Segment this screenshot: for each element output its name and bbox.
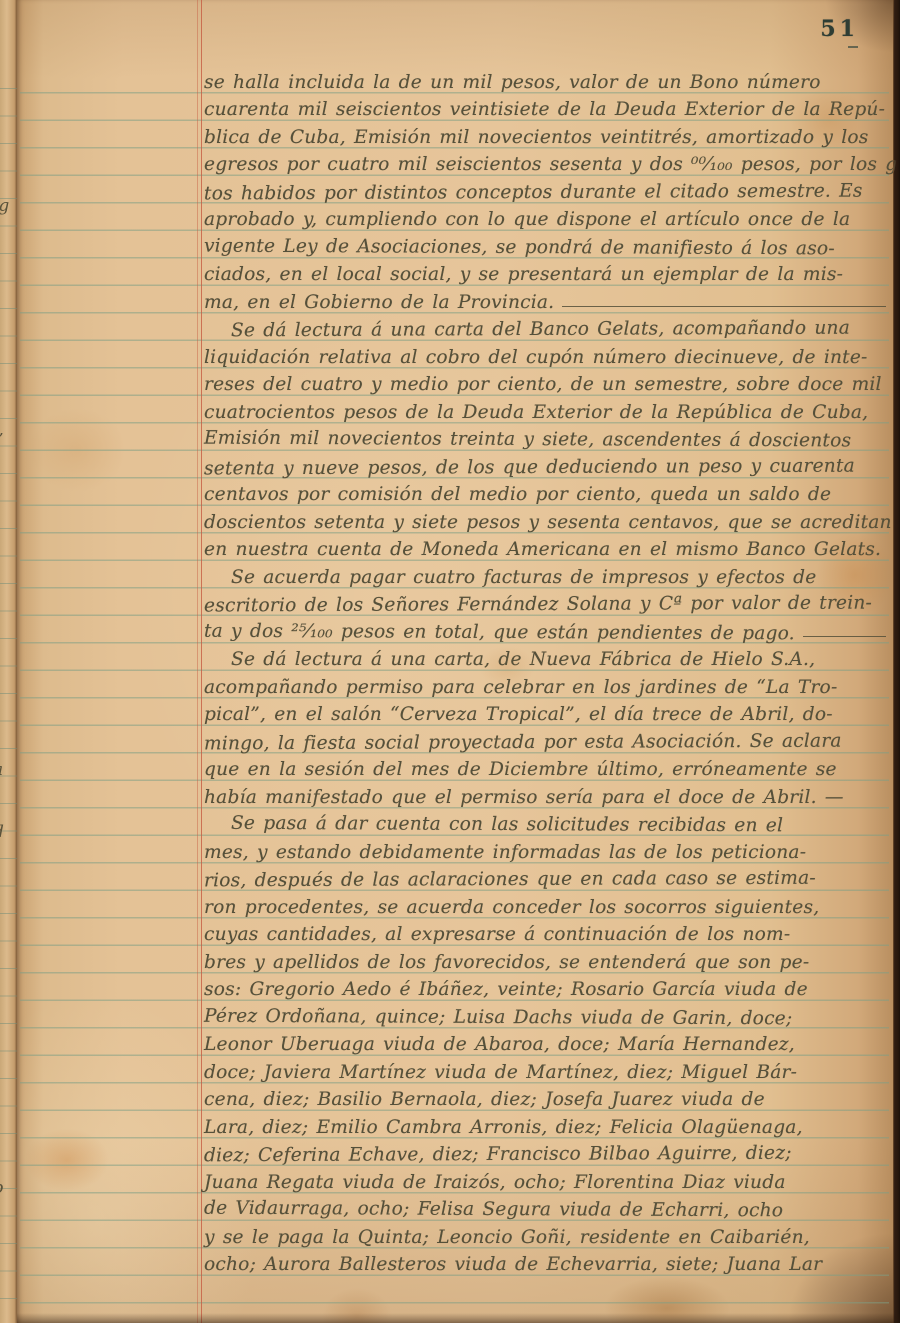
manuscript-line: Emisión mil novecientos treinta y siete,… bbox=[204, 423, 890, 451]
manuscript-line-text: Juana Regata viuda de Iraizós, ocho; Flo… bbox=[204, 1172, 786, 1193]
manuscript-line-text: Emisión mil novecientos treinta y siete,… bbox=[204, 428, 851, 452]
red-margin-line bbox=[201, 0, 202, 1323]
manuscript-line-text: Leonor Uberuaga viuda de Abaroa, doce; M… bbox=[204, 1034, 795, 1055]
manuscript-line-text: Se acuerda pagar cuatro facturas de impr… bbox=[204, 567, 816, 588]
manuscript-line: liquidación relativa al cobro del cupón … bbox=[204, 340, 890, 368]
manuscript-line: setenta y nueve pesos, de los que deduci… bbox=[204, 450, 890, 478]
manuscript-line: diez; Ceferina Echave, diez; Francisco B… bbox=[204, 1138, 890, 1166]
fill-rule bbox=[562, 306, 886, 307]
manuscript-line-text: rios, después de las aclaraciones que en… bbox=[204, 868, 816, 892]
manuscript-line-text: cuarenta mil seiscientos veintisiete de … bbox=[204, 99, 885, 120]
ledger-page: 51 se halla incluida la de un mil pesos,… bbox=[17, 0, 893, 1323]
red-margin-line bbox=[197, 0, 198, 1323]
manuscript-line-text: Se dá lectura á una carta del Banco Gela… bbox=[204, 318, 850, 342]
manuscript-line: se halla incluida la de un mil pesos, va… bbox=[204, 65, 890, 93]
manuscript-line-text: reses del cuatro y medio por ciento, de … bbox=[204, 374, 882, 395]
manuscript-line: cuarenta mil seiscientos veintisiete de … bbox=[204, 93, 890, 121]
manuscript-line-text: y se le paga la Quinta; Leoncio Goñi, re… bbox=[204, 1227, 810, 1248]
previous-page-edge: ig l l, a d b bbox=[0, 0, 17, 1323]
book-edge-shadow bbox=[893, 0, 900, 1323]
manuscript-line: egresos por cuatro mil seiscientos sesen… bbox=[204, 148, 890, 176]
manuscript-line-text: Se pasa á dar cuenta con las solicitudes… bbox=[204, 813, 783, 837]
manuscript-line-text: diez; Ceferina Echave, diez; Francisco B… bbox=[204, 1143, 792, 1167]
manuscript-line: aprobado y, cumpliendo con lo que dispon… bbox=[204, 203, 890, 231]
manuscript-line-text: ma, en el Gobierno de la Provincia. bbox=[204, 292, 554, 313]
manuscript-line: tos habidos por distintos conceptos dura… bbox=[204, 175, 890, 203]
manuscript-line: escritorio de los Señores Fernández Sola… bbox=[204, 588, 890, 616]
manuscript-line: acompañando permiso para celebrar en los… bbox=[204, 670, 890, 698]
page-number-underline bbox=[848, 46, 858, 48]
manuscript-line: mingo, la fiesta social proyectada por e… bbox=[204, 725, 890, 753]
manuscript-line: cuatrocientos pesos de la Deuda Exterior… bbox=[204, 395, 890, 423]
manuscript-line: de Vidaurraga, ocho; Felisa Segura viuda… bbox=[204, 1193, 890, 1221]
manuscript-line-text: doce; Javiera Martínez viuda de Martínez… bbox=[204, 1062, 797, 1083]
manuscript-line: que en la sesión del mes de Diciembre úl… bbox=[204, 753, 890, 781]
page-number: 51 bbox=[820, 16, 859, 42]
manuscript-line-text: de Vidaurraga, ocho; Felisa Segura viuda… bbox=[204, 1198, 783, 1222]
manuscript-line: Se pasa á dar cuenta con las solicitudes… bbox=[204, 808, 890, 836]
manuscript-line: rios, después de las aclaraciones que en… bbox=[204, 863, 890, 891]
manuscript-line: reses del cuatro y medio por ciento, de … bbox=[204, 368, 890, 396]
manuscript-line-text: bres y apellidos de los favorecidos, se … bbox=[204, 952, 809, 973]
manuscript-line-text: vigente Ley de Asociaciones, se pondrá d… bbox=[204, 235, 835, 259]
manuscript-line-text: cuatrocientos pesos de la Deuda Exterior… bbox=[204, 402, 868, 423]
manuscript-line-text: cena, diez; Basilio Bernaola, diez; Jose… bbox=[204, 1089, 765, 1110]
manuscript-line-text: egresos por cuatro mil seiscientos sesen… bbox=[204, 154, 900, 175]
manuscript-line-text: que en la sesión del mes de Diciembre úl… bbox=[204, 759, 837, 780]
manuscript-line: bres y apellidos de los favorecidos, se … bbox=[204, 945, 890, 973]
handwriting-fragment: d bbox=[0, 822, 4, 842]
manuscript-line-text: sos: Gregorio Aedo é Ibáñez, veinte; Ros… bbox=[204, 979, 808, 1000]
manuscript-line: doscientos setenta y siete pesos y sesen… bbox=[204, 505, 890, 533]
manuscript-line: Lara, diez; Emilio Cambra Arronis, diez;… bbox=[204, 1110, 890, 1138]
handwriting-fragment: l, bbox=[0, 420, 4, 440]
manuscript-line: Se dá lectura á una carta del Banco Gela… bbox=[204, 313, 890, 341]
manuscript-line-text: en nuestra cuenta de Moneda Americana en… bbox=[204, 539, 881, 560]
previous-page-ruling bbox=[0, 88, 17, 1318]
manuscript-line-text: se halla incluida la de un mil pesos, va… bbox=[204, 72, 821, 93]
manuscript-line-text: aprobado y, cumpliendo con lo que dispon… bbox=[204, 209, 850, 230]
manuscript-line-text: Lara, diez; Emilio Cambra Arronis, diez;… bbox=[204, 1117, 803, 1138]
manuscript-line: ta y dos ²⁵⁄₁₀₀ pesos en total, que está… bbox=[204, 615, 890, 643]
manuscript-line: cena, diez; Basilio Bernaola, diez; Jose… bbox=[204, 1083, 890, 1111]
manuscript-line-text: ron procedentes, se acuerda conceder los… bbox=[204, 897, 819, 918]
manuscript-line: y se le paga la Quinta; Leoncio Goñi, re… bbox=[204, 1220, 890, 1248]
manuscript-line-text: ocho; Aurora Ballesteros viuda de Echeva… bbox=[204, 1254, 822, 1275]
manuscript-line: pical”, en el salón “Cerveza Tropical”, … bbox=[204, 698, 890, 726]
manuscript-line: cuyas cantidades, al expresarse á contin… bbox=[204, 918, 890, 946]
manuscript-line: mes, y estando debidamente informadas la… bbox=[204, 835, 890, 863]
manuscript-line-text: mingo, la fiesta social proyectada por e… bbox=[204, 730, 842, 754]
manuscript-line: centavos por comisión del medio por cien… bbox=[204, 478, 890, 506]
manuscript-line-text: setenta y nueve pesos, de los que deduci… bbox=[204, 455, 855, 479]
manuscript-line: ron procedentes, se acuerda conceder los… bbox=[204, 890, 890, 918]
manuscript-line: sos: Gregorio Aedo é Ibáñez, veinte; Ros… bbox=[204, 973, 890, 1001]
manuscript-line-text: liquidación relativa al cobro del cupón … bbox=[204, 347, 868, 368]
manuscript-line: vigente Ley de Asociaciones, se pondrá d… bbox=[204, 230, 890, 258]
manuscript-photo: ig l l, a d b 51 se halla incluida la de… bbox=[0, 0, 900, 1323]
manuscript-line-text: escritorio de los Señores Fernández Sola… bbox=[204, 593, 872, 617]
manuscript-line: ma, en el Gobierno de la Provincia. bbox=[204, 285, 890, 313]
manuscript-line-text: ciados, en el local social, y se present… bbox=[204, 264, 843, 285]
manuscript-line: ciados, en el local social, y se present… bbox=[204, 258, 890, 286]
handwriting-fragment: a bbox=[0, 760, 3, 780]
manuscript-line-text: mes, y estando debidamente informadas la… bbox=[204, 842, 806, 863]
handwriting-fragment: b bbox=[0, 1178, 4, 1198]
manuscript-line-text: ta y dos ²⁵⁄₁₀₀ pesos en total, que está… bbox=[204, 620, 795, 644]
manuscript-line-text: pical”, en el salón “Cerveza Tropical”, … bbox=[204, 704, 833, 725]
manuscript-line-text: Se dá lectura á una carta, de Nueva Fábr… bbox=[204, 649, 815, 670]
manuscript-line: doce; Javiera Martínez viuda de Martínez… bbox=[204, 1055, 890, 1083]
manuscript-line-text: doscientos setenta y siete pesos y sesen… bbox=[204, 512, 892, 533]
manuscript-line-text: centavos por comisión del medio por cien… bbox=[204, 484, 831, 505]
manuscript-line-text: blica de Cuba, Emisión mil novecientos v… bbox=[204, 127, 869, 148]
bottom-edge-shadow bbox=[17, 1313, 900, 1323]
manuscript-line: Leonor Uberuaga viuda de Abaroa, doce; M… bbox=[204, 1028, 890, 1056]
manuscript-line-text: cuyas cantidades, al expresarse á contin… bbox=[204, 924, 790, 945]
manuscript-line: en nuestra cuenta de Moneda Americana en… bbox=[204, 533, 890, 561]
manuscript-line: Se acuerda pagar cuatro facturas de impr… bbox=[204, 560, 890, 588]
manuscript-line: Pérez Ordoñana, quince; Luisa Dachs viud… bbox=[204, 1000, 890, 1028]
manuscript-line-text: acompañando permiso para celebrar en los… bbox=[204, 677, 837, 698]
handwriting-fragment: ig bbox=[0, 196, 9, 216]
manuscript-line: Juana Regata viuda de Iraizós, ocho; Flo… bbox=[204, 1165, 890, 1193]
manuscript-text-block: se halla incluida la de un mil pesos, va… bbox=[204, 65, 890, 1275]
manuscript-line-text: Pérez Ordoñana, quince; Luisa Dachs viud… bbox=[204, 1005, 792, 1029]
manuscript-line-text: tos habidos por distintos conceptos dura… bbox=[204, 180, 863, 204]
manuscript-line: ocho; Aurora Ballesteros viuda de Echeva… bbox=[204, 1248, 890, 1276]
manuscript-line: Se dá lectura á una carta, de Nueva Fábr… bbox=[204, 643, 890, 671]
manuscript-line: blica de Cuba, Emisión mil novecientos v… bbox=[204, 120, 890, 148]
fill-rule bbox=[803, 636, 886, 637]
manuscript-line-text: había manifestado que el permiso sería p… bbox=[204, 787, 844, 808]
manuscript-line: había manifestado que el permiso sería p… bbox=[204, 780, 890, 808]
